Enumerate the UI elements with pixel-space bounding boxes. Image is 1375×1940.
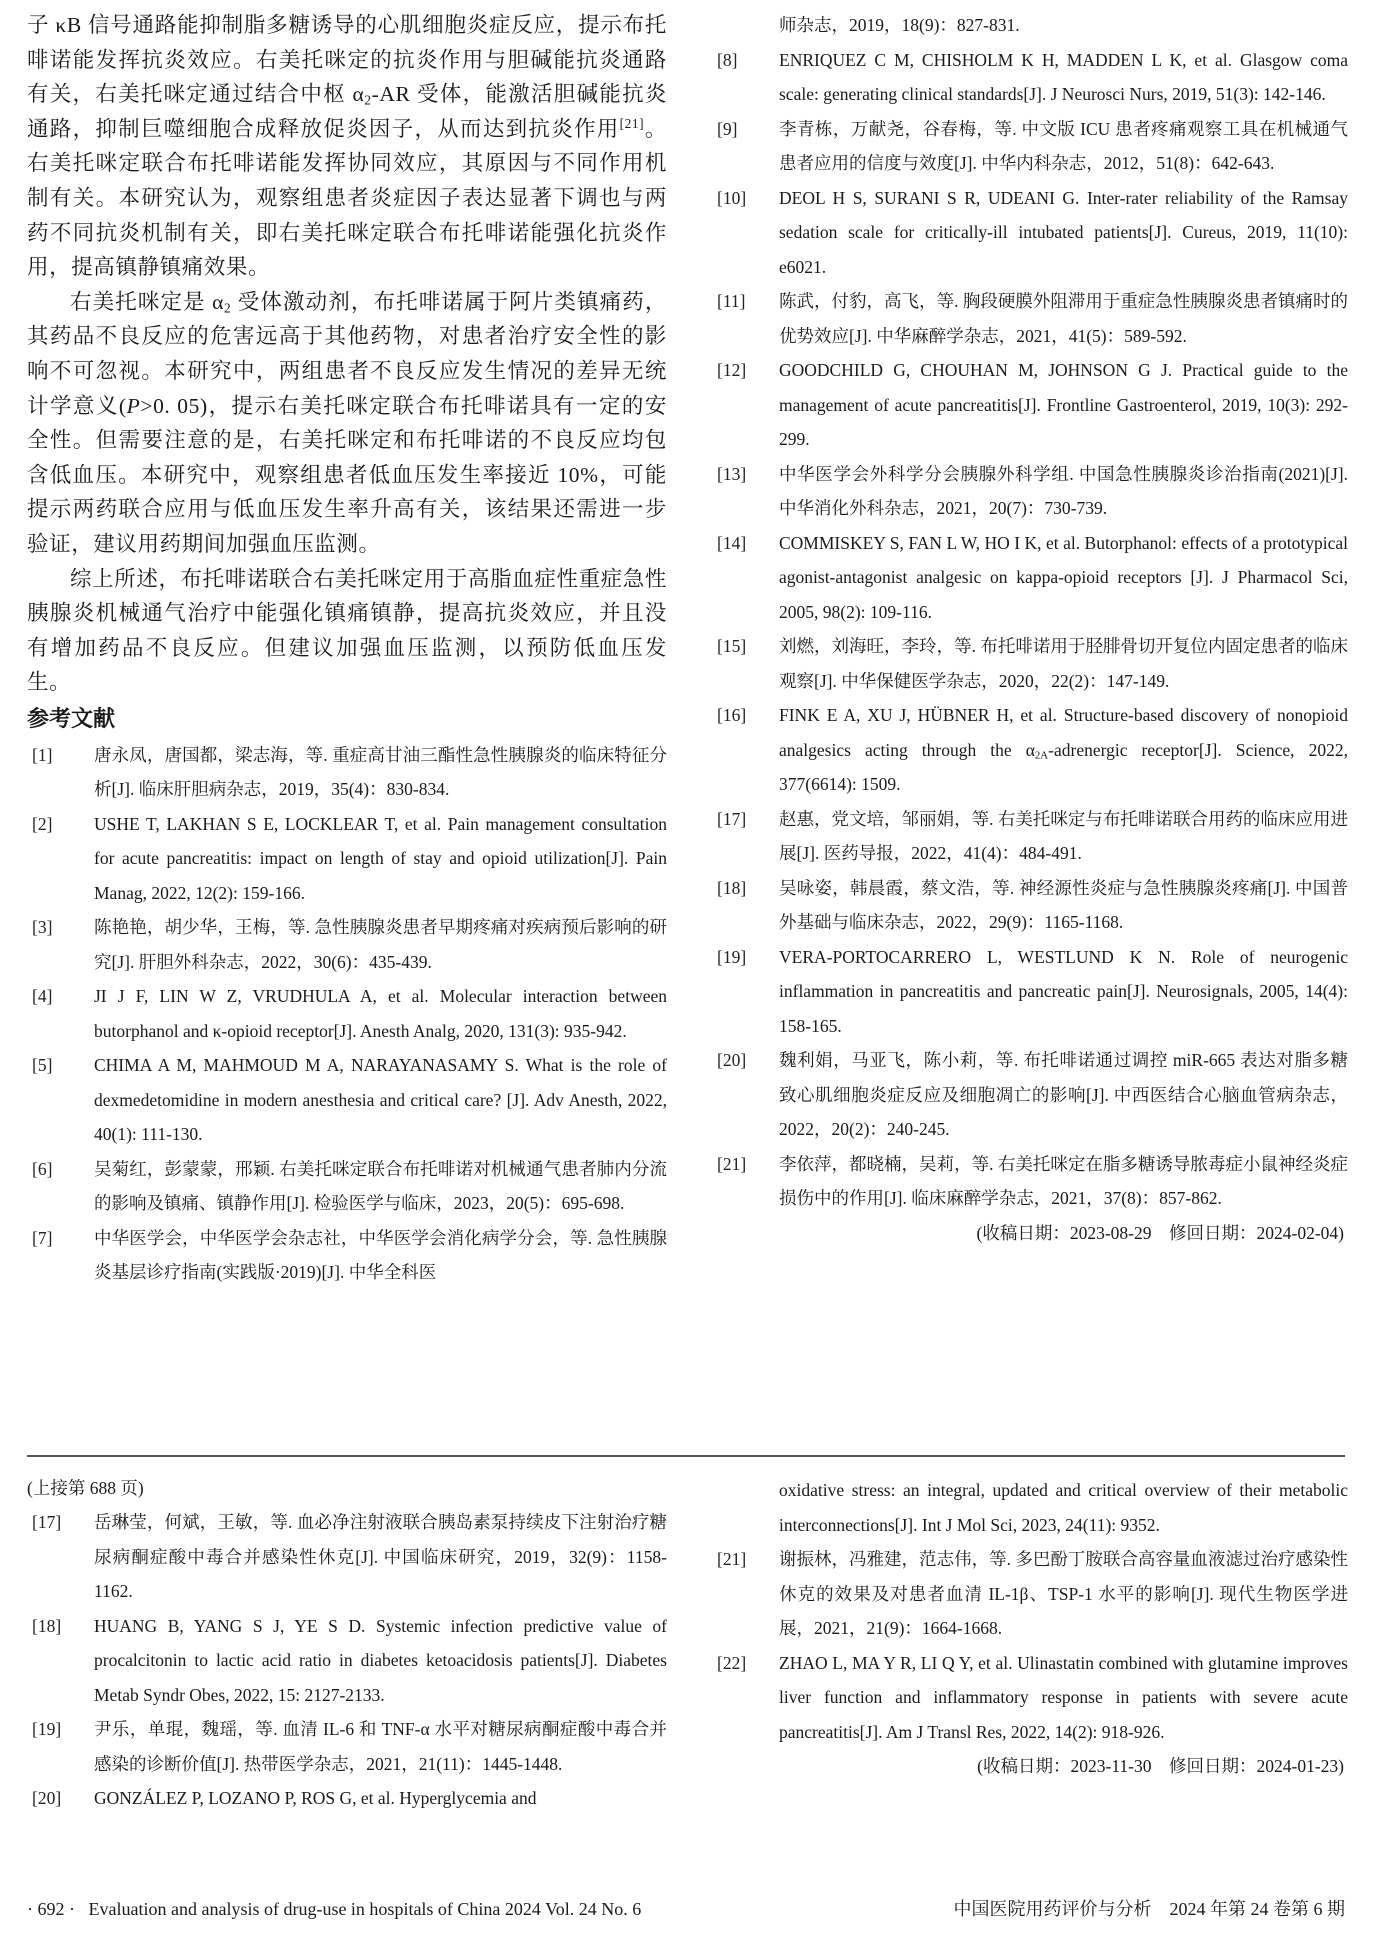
reference-text: 吴菊红，彭蒙蒙，邢颖. 右美托咪定联合布托啡诺对机械通气患者肺内分流的影响及镇痛…	[94, 1152, 667, 1221]
reference-number: [11]	[712, 284, 779, 319]
reference-number: [22]	[712, 1646, 779, 1681]
reference-item: [6]吴菊红，彭蒙蒙，邢颖. 右美托咪定联合布托啡诺对机械通气患者肺内分流的影响…	[27, 1152, 667, 1221]
reference-item: [17]岳琳莹，何斌，王敏，等. 血必净注射液联合胰岛素泵持续皮下注射治疗糖尿病…	[27, 1505, 667, 1609]
reference-number: [18]	[712, 871, 779, 906]
reference-text: ZHAO L, MA Y R, LI Q Y, et al. Ulinastat…	[779, 1646, 1348, 1750]
reference-item: [2]USHE T, LAKHAN S E, LOCKLEAR T, et al…	[27, 807, 667, 911]
reference-item: [21]李依萍，都晓楠，吴莉，等. 右美托咪定在脂多糖诱导脓毒症小鼠神经炎症损伤…	[712, 1147, 1348, 1216]
reference-text: 尹乐，单琨，魏瑶，等. 血清 IL-6 和 TNF-α 水平对糖尿病酮症酸中毒合…	[94, 1712, 667, 1781]
footer-left: · 692 · Evaluation and analysis of drug-…	[27, 1893, 641, 1925]
reference-list-bottom-left: [17]岳琳莹，何斌，王敏，等. 血必净注射液联合胰岛素泵持续皮下注射治疗糖尿病…	[27, 1505, 667, 1816]
reference-item: [21]谢振林，冯雅建，范志伟，等. 多巴酚丁胺联合高容量血液滤过治疗感染性休克…	[712, 1542, 1348, 1646]
reference-item: [13]中华医学会外科学分会胰腺外科学组. 中国急性胰腺炎诊治指南(2021)[…	[712, 457, 1348, 526]
reference-text: JI J F, LIN W Z, VRUDHULA A, et al. Mole…	[94, 979, 667, 1048]
bottom-right-column: oxidative stress: an integral, updated a…	[712, 1473, 1348, 1784]
reference-number: [20]	[27, 1781, 94, 1816]
reference-item: [22]ZHAO L, MA Y R, LI Q Y, et al. Ulina…	[712, 1646, 1348, 1750]
reference-item: [16]FINK E A, XU J, HÜBNER H, et al. Str…	[712, 698, 1348, 802]
reference-text: 赵惠，党文培，邹丽娟，等. 右美托咪定与布托啡诺联合用药的临床应用进展[J]. …	[779, 802, 1348, 871]
reference-item: [15]刘燃，刘海旺，李玲，等. 布托啡诺用于胫腓骨切开复位内固定患者的临床观察…	[712, 629, 1348, 698]
citation-marker[interactable]: [21]	[620, 116, 645, 131]
journal-title-cn: 中国医院用药评价与分析 2024 年第 24 卷第 6 期	[954, 1893, 1346, 1925]
body-text: 子 κB 信号通路能抑制脂多糖诱导的心肌细胞炎症反应，提示布托啡诺能发挥抗炎效应…	[27, 8, 667, 700]
reference-item: [8]ENRIQUEZ C M, CHISHOLM K H, MADDEN L …	[712, 43, 1348, 112]
reference-continuation: 师杂志，2019，18(9)：827-831.	[712, 8, 1348, 43]
continued-from-note: (上接第 688 页)	[27, 1473, 667, 1503]
reference-list-top-right: [8]ENRIQUEZ C M, CHISHOLM K H, MADDEN L …	[712, 43, 1348, 1216]
reference-item: [12]GOODCHILD G, CHOUHAN M, JOHNSON G J.…	[712, 353, 1348, 457]
reference-item: [7]中华医学会，中华医学会杂志社，中华医学会消化病学分会，等. 急性胰腺炎基层…	[27, 1221, 667, 1290]
reference-number: [10]	[712, 181, 779, 216]
reference-text: DEOL H S, SURANI S R, UDEANI G. Inter-ra…	[779, 181, 1348, 285]
reference-number: [1]	[27, 738, 94, 773]
body-paragraph: 子 κB 信号通路能抑制脂多糖诱导的心肌细胞炎症反应，提示布托啡诺能发挥抗炎效应…	[27, 8, 667, 285]
reference-item: [19]尹乐，单琨，魏瑶，等. 血清 IL-6 和 TNF-α 水平对糖尿病酮症…	[27, 1712, 667, 1781]
body-paragraph: 右美托咪定是 α2 受体激动剂，布托啡诺属于阿片类镇痛药，其药品不良反应的危害远…	[27, 285, 667, 562]
reference-item: [14]COMMISKEY S, FAN L W, HO I K, et al.…	[712, 526, 1348, 630]
references-heading: 参考文献	[27, 702, 667, 738]
reference-item: [3]陈艳艳，胡少华，王梅，等. 急性胰腺炎患者早期疼痛对疾病预后影响的研究[J…	[27, 910, 667, 979]
reference-list-top-left: [1]唐永凤，唐国都，梁志海，等. 重症高甘油三酯性急性胰腺炎的临床特征分析[J…	[27, 738, 667, 1290]
reference-text: 陈武，付豹，高飞，等. 胸段硬膜外阻滞用于重症急性胰腺炎患者镇痛时的优势效应[J…	[779, 284, 1348, 353]
reference-text: HUANG B, YANG S J, YE S D. Systemic infe…	[94, 1609, 667, 1713]
reference-item: [4]JI J F, LIN W Z, VRUDHULA A, et al. M…	[27, 979, 667, 1048]
received-revised-dates: (收稿日期：2023-11-30 修回日期：2024-01-23)	[712, 1749, 1348, 1784]
reference-number: [19]	[27, 1712, 94, 1747]
reference-text: 刘燃，刘海旺，李玲，等. 布托啡诺用于胫腓骨切开复位内固定患者的临床观察[J].…	[779, 629, 1348, 698]
reference-text: 李依萍，都晓楠，吴莉，等. 右美托咪定在脂多糖诱导脓毒症小鼠神经炎症损伤中的作用…	[779, 1147, 1348, 1216]
reference-text: GONZÁLEZ P, LOZANO P, ROS G, et al. Hype…	[94, 1781, 667, 1816]
reference-item: [19]VERA-PORTOCARRERO L, WESTLUND K N. R…	[712, 940, 1348, 1044]
reference-item: [5]CHIMA A M, MAHMOUD M A, NARAYANASAMY …	[27, 1048, 667, 1152]
reference-item: [18]HUANG B, YANG S J, YE S D. Systemic …	[27, 1609, 667, 1713]
page-number: · 692 ·	[27, 1899, 75, 1919]
reference-text: GOODCHILD G, CHOUHAN M, JOHNSON G J. Pra…	[779, 353, 1348, 457]
reference-number: [21]	[712, 1542, 779, 1577]
reference-text: 陈艳艳，胡少华，王梅，等. 急性胰腺炎患者早期疼痛对疾病预后影响的研究[J]. …	[94, 910, 667, 979]
reference-item: [9]李青栋，万献尧，谷春梅，等. 中文版 ICU 患者疼痛观察工具在机械通气患…	[712, 112, 1348, 181]
reference-number: [17]	[712, 802, 779, 837]
reference-text: 岳琳莹，何斌，王敏，等. 血必净注射液联合胰岛素泵持续皮下注射治疗糖尿病酮症酸中…	[94, 1505, 667, 1609]
section-divider	[27, 1455, 1345, 1457]
reference-item: [10]DEOL H S, SURANI S R, UDEANI G. Inte…	[712, 181, 1348, 285]
reference-text: CHIMA A M, MAHMOUD M A, NARAYANASAMY S. …	[94, 1048, 667, 1152]
reference-text: VERA-PORTOCARRERO L, WESTLUND K N. Role …	[779, 940, 1348, 1044]
reference-number: [17]	[27, 1505, 94, 1540]
bottom-left-column: (上接第 688 页) [17]岳琳莹，何斌，王敏，等. 血必净注射液联合胰岛素…	[27, 1473, 667, 1816]
top-right-column: 师杂志，2019，18(9)：827-831. [8]ENRIQUEZ C M,…	[712, 8, 1348, 1250]
reference-text: 谢振林，冯雅建，范志伟，等. 多巴酚丁胺联合高容量血液滤过治疗感染性休克的效果及…	[779, 1542, 1348, 1646]
reference-text: 魏利娟，马亚飞，陈小莉，等. 布托啡诺通过调控 miR-665 表达对脂多糖致心…	[779, 1043, 1348, 1147]
body-paragraph: 综上所述，布托啡诺联合右美托咪定用于高脂血症性重症急性胰腺炎机械通气治疗中能强化…	[27, 562, 667, 700]
reference-number: [6]	[27, 1152, 94, 1187]
reference-text: 唐永凤，唐国都，梁志海，等. 重症高甘油三酯性急性胰腺炎的临床特征分析[J]. …	[94, 738, 667, 807]
reference-text: USHE T, LAKHAN S E, LOCKLEAR T, et al. P…	[94, 807, 667, 911]
reference-number: [20]	[712, 1043, 779, 1078]
reference-number: [14]	[712, 526, 779, 561]
reference-item: [1]唐永凤，唐国都，梁志海，等. 重症高甘油三酯性急性胰腺炎的临床特征分析[J…	[27, 738, 667, 807]
reference-number: [21]	[712, 1147, 779, 1182]
reference-number: [5]	[27, 1048, 94, 1083]
reference-number: [18]	[27, 1609, 94, 1644]
reference-item: [20]魏利娟，马亚飞，陈小莉，等. 布托啡诺通过调控 miR-665 表达对脂…	[712, 1043, 1348, 1147]
reference-number: [16]	[712, 698, 779, 733]
reference-number: [8]	[712, 43, 779, 78]
reference-text: ENRIQUEZ C M, CHISHOLM K H, MADDEN L K, …	[779, 43, 1348, 112]
reference-list-bottom-right: [21]谢振林，冯雅建，范志伟，等. 多巴酚丁胺联合高容量血液滤过治疗感染性休克…	[712, 1542, 1348, 1749]
reference-text: FINK E A, XU J, HÜBNER H, et al. Structu…	[779, 698, 1348, 802]
reference-item: [11]陈武，付豹，高飞，等. 胸段硬膜外阻滞用于重症急性胰腺炎患者镇痛时的优势…	[712, 284, 1348, 353]
reference-number: [13]	[712, 457, 779, 492]
reference-item: [20]GONZÁLEZ P, LOZANO P, ROS G, et al. …	[27, 1781, 667, 1816]
reference-number: [9]	[712, 112, 779, 147]
top-left-column: 子 κB 信号通路能抑制脂多糖诱导的心肌细胞炎症反应，提示布托啡诺能发挥抗炎效应…	[27, 8, 667, 1290]
reference-number: [15]	[712, 629, 779, 664]
reference-number: [19]	[712, 940, 779, 975]
reference-item: [18]吴咏姿，韩晨霞，蔡文浩，等. 神经源性炎症与急性胰腺炎疼痛[J]. 中国…	[712, 871, 1348, 940]
reference-text: COMMISKEY S, FAN L W, HO I K, et al. But…	[779, 526, 1348, 630]
reference-number: [12]	[712, 353, 779, 388]
reference-number: [3]	[27, 910, 94, 945]
reference-text: 李青栋，万献尧，谷春梅，等. 中文版 ICU 患者疼痛观察工具在机械通气患者应用…	[779, 112, 1348, 181]
reference-item: [17]赵惠，党文培，邹丽娟，等. 右美托咪定与布托啡诺联合用药的临床应用进展[…	[712, 802, 1348, 871]
reference-text: 中华医学会，中华医学会杂志社，中华医学会消化病学分会，等. 急性胰腺炎基层诊疗指…	[94, 1221, 667, 1290]
reference-number: [4]	[27, 979, 94, 1014]
page-footer: · 692 · Evaluation and analysis of drug-…	[27, 1893, 1345, 1925]
journal-title-en: Evaluation and analysis of drug-use in h…	[89, 1899, 642, 1919]
reference-number: [7]	[27, 1221, 94, 1256]
reference-continuation: oxidative stress: an integral, updated a…	[712, 1473, 1348, 1542]
reference-number: [2]	[27, 807, 94, 842]
received-revised-dates: (收稿日期：2023-08-29 修回日期：2024-02-04)	[712, 1216, 1348, 1251]
reference-text: 中华医学会外科学分会胰腺外科学组. 中国急性胰腺炎诊治指南(2021)[J]. …	[779, 457, 1348, 526]
reference-text: 吴咏姿，韩晨霞，蔡文浩，等. 神经源性炎症与急性胰腺炎疼痛[J]. 中国普外基础…	[779, 871, 1348, 940]
